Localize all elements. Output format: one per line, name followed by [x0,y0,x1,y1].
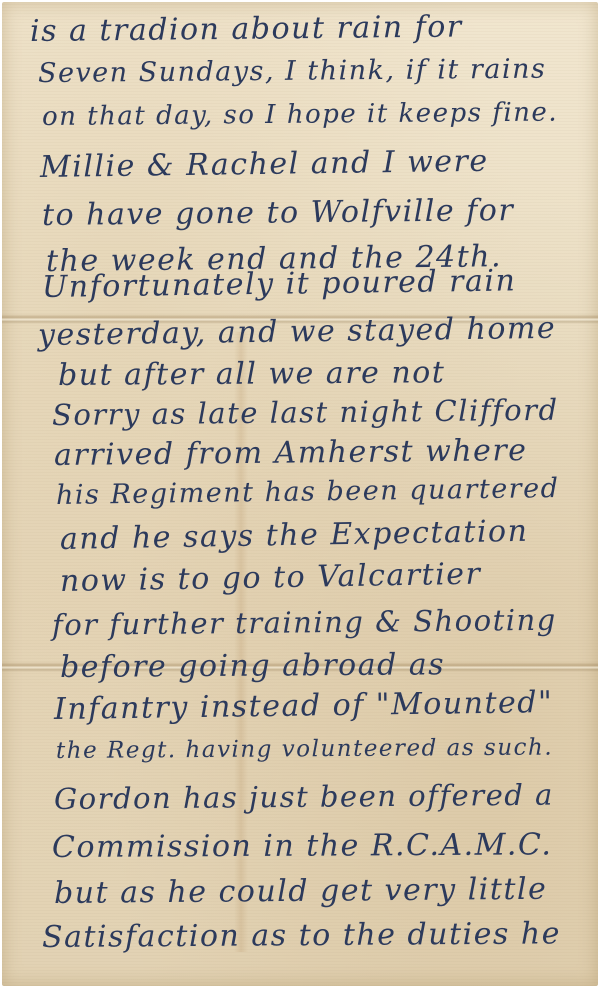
text-line: Sorry as late last night Clifford [52,393,559,432]
text-line: Seven Sundays, I think, if it rains [38,54,547,89]
text-line: Unfortunately it poured rain [42,263,517,305]
text-line: Commission in the R.C.A.M.C. [52,827,553,865]
handwritten-text: is a tradion about rain for Seven Sunday… [2,2,598,986]
text-line: before going abroad as [60,647,445,685]
text-line: but after all we are not [58,355,446,393]
letter-page: is a tradion about rain for Seven Sunday… [2,2,598,986]
text-line: the Regt. having volunteered as such. [56,735,553,764]
text-line: to have gone to Wolfville for [42,193,515,233]
text-line: and he says the Expectation [60,514,529,557]
text-line: but as he could get very little [54,872,548,911]
text-line: arrived from Amherst where [54,433,528,473]
text-line: Satisfaction as to the duties he [42,916,561,955]
text-line: Gordon has just been offered a [54,778,554,816]
text-line: Millie & Rachel and I were [40,144,489,185]
text-line: is a tradion about rain for [30,9,463,49]
text-line: his Regiment has been quartered [56,473,560,511]
text-line: on that day, so I hope it keeps fine. [42,97,558,132]
text-line: Infantry instead of "Mounted" [54,685,554,727]
text-line: now is to go to Valcartier [60,557,482,599]
text-line: for further training & Shooting [52,603,557,642]
text-line: yesterday, and we stayed home [38,311,557,353]
